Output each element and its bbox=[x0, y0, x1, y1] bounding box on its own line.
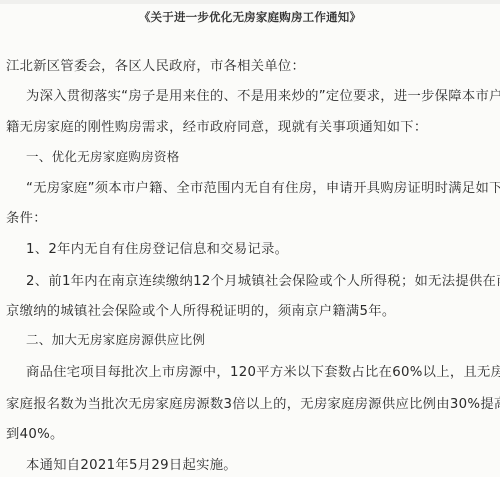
top-edge bbox=[0, 0, 500, 4]
section1-heading: 一、优化无房家庭购房资格 bbox=[26, 147, 180, 165]
document-title: 《关于进一步优化无房家庭购房工作通知》 bbox=[0, 9, 500, 25]
salutation: 江北新区管委会，各区人民政府，市各相关单位： bbox=[6, 55, 305, 74]
condition-2-line-2: 京缴纳的城镇社会保险或个人所得税证明的，须南京户籍满5年。 bbox=[6, 300, 395, 319]
section2-body-line-2: 家庭报名数为当批次无房家庭房源数3倍以上的，无房家庭房源供应比例由30%提高 bbox=[6, 393, 500, 412]
effective-date: 本通知自2021年5月29日起实施。 bbox=[26, 454, 237, 473]
section2-body-line-3: 到40%。 bbox=[6, 423, 64, 442]
intro-line-1: 为深入贯彻落实“房子是用来住的、不是用来炒的”定位要求，进一步保障本市户 bbox=[26, 85, 500, 104]
intro-line-2: 籍无房家庭的刚性购房需求，经市政府同意，现就有关事项通知如下： bbox=[6, 116, 428, 135]
section2-heading: 二、加大无房家庭房源供应比例 bbox=[26, 330, 205, 348]
condition-1: 1、2年内无自有住房登记信息和交易记录。 bbox=[26, 238, 288, 257]
section2-body-line-1: 商品住宅项目每批次上市房源中，120平方米以下套数占比在60%以上，且无房 bbox=[26, 361, 500, 380]
condition-2-line-1: 2、前1年内在南京连续缴纳12个月城镇社会保险或个人所得税；如无法提供在南 bbox=[26, 270, 500, 289]
section1-body-line-1: “无房家庭”须本市户籍、全市范围内无自有住房，申请开具购房证明时满足如下 bbox=[26, 177, 500, 196]
section1-body-line-2: 条件： bbox=[6, 207, 47, 226]
document-page: 《关于进一步优化无房家庭购房工作通知》 江北新区管委会，各区人民政府，市各相关单… bbox=[0, 0, 500, 477]
